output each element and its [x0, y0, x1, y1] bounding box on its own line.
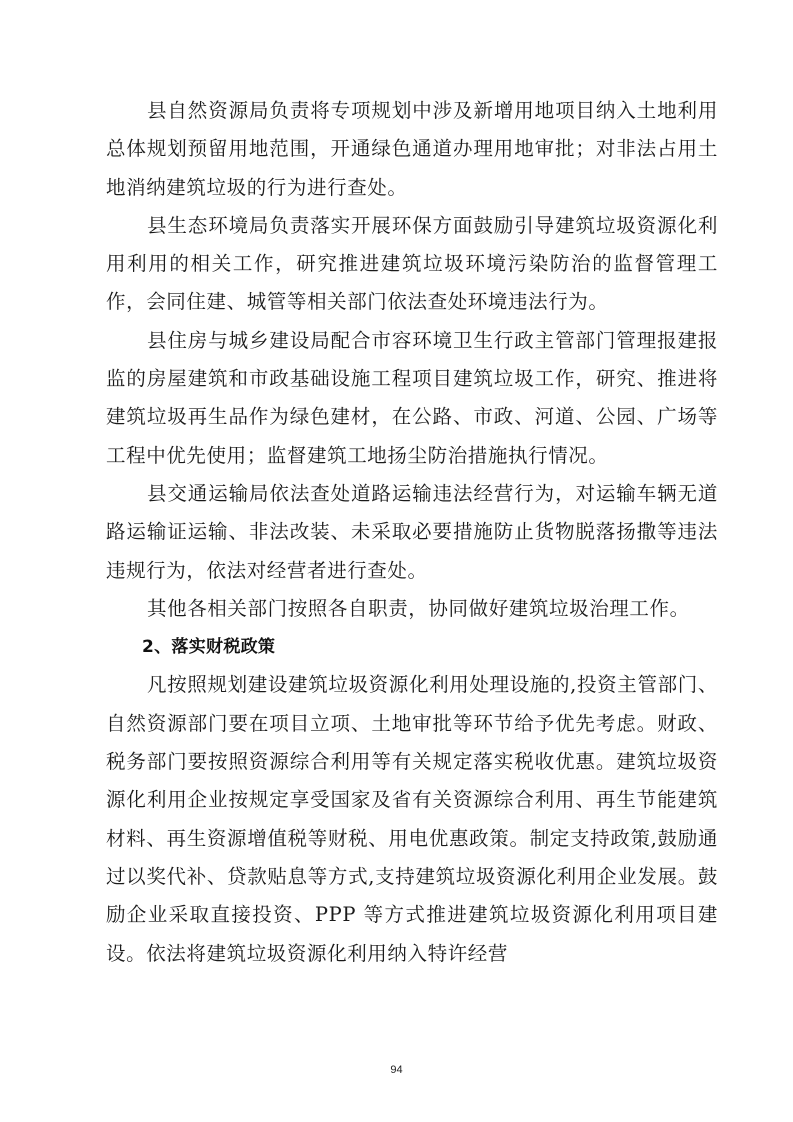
paragraph-housing-construction-bureau: 县住房与城乡建设局配合市容环境卫生行政主管部门管理报建报监的房屋建筑和市政基础设… — [106, 322, 718, 475]
section-heading-fiscal-tax-policy: 2、落实财税政策 — [106, 628, 718, 666]
page-number: 94 — [0, 1064, 793, 1076]
paragraph-ecological-environment-bureau: 县生态环境局负责落实开展环保方面鼓励引导建筑垃圾资源化利用利用的相关工作，研究推… — [106, 207, 718, 322]
paragraph-transport-bureau: 县交通运输局依法查处道路运输违法经营行为，对运输车辆无道路运输证运输、非法改装、… — [106, 475, 718, 590]
document-page-body: 县自然资源局负责将专项规划中涉及新增用地项目纳入土地利用总体规划预留用地范围，开… — [106, 92, 718, 973]
paragraph-other-departments: 其他各相关部门按照各自职责，协同做好建筑垃圾治理工作。 — [106, 590, 718, 628]
paragraph-natural-resources-bureau: 县自然资源局负责将专项规划中涉及新增用地项目纳入土地利用总体规划预留用地范围，开… — [106, 92, 718, 207]
paragraph-fiscal-tax-policy: 凡按照规划建设建筑垃圾资源化利用处理设施的,投资主管部门、自然资源部门要在项目立… — [106, 666, 718, 972]
